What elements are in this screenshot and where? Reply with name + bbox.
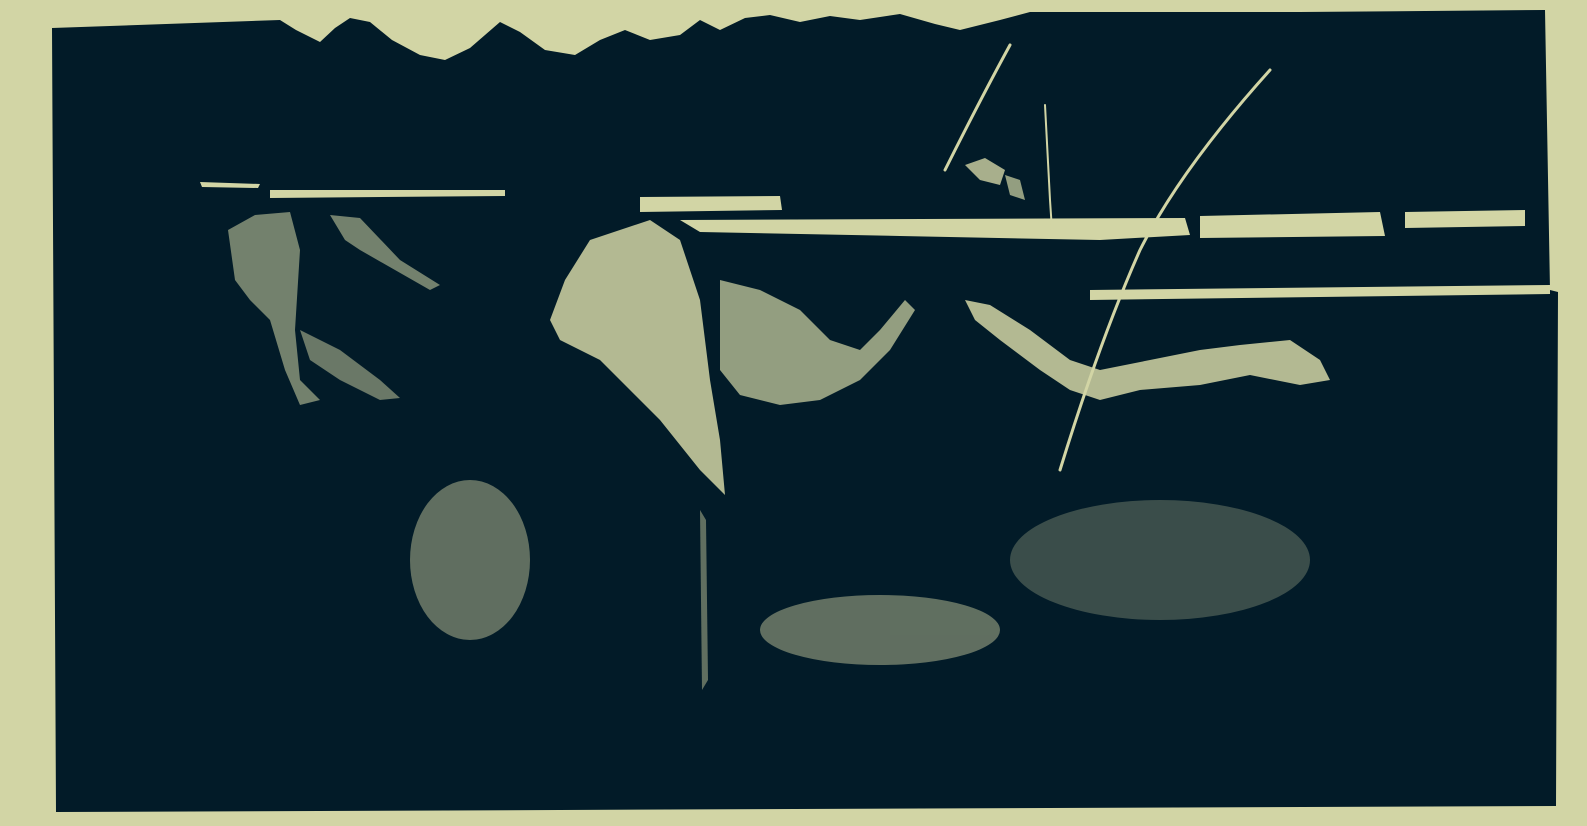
photograph: / xyxy=(0,0,1587,826)
photo-frame: / xyxy=(0,0,1587,826)
photo-dark-area xyxy=(52,10,1558,812)
